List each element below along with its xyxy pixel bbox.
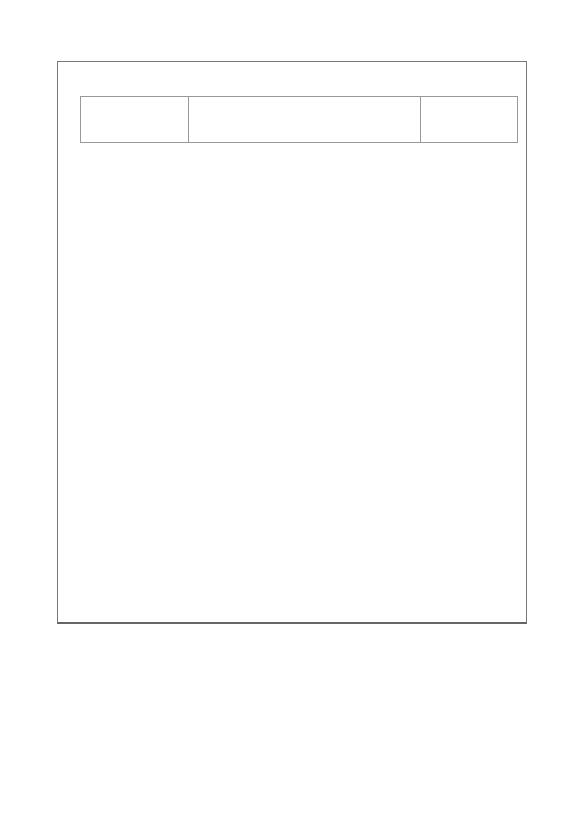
vehicles-table bbox=[80, 96, 518, 143]
header-year bbox=[421, 97, 518, 143]
section-frame bbox=[57, 61, 527, 624]
table-header-row bbox=[81, 97, 518, 143]
section-title bbox=[57, 72, 527, 84]
header-list bbox=[81, 97, 189, 143]
header-model bbox=[189, 97, 421, 143]
